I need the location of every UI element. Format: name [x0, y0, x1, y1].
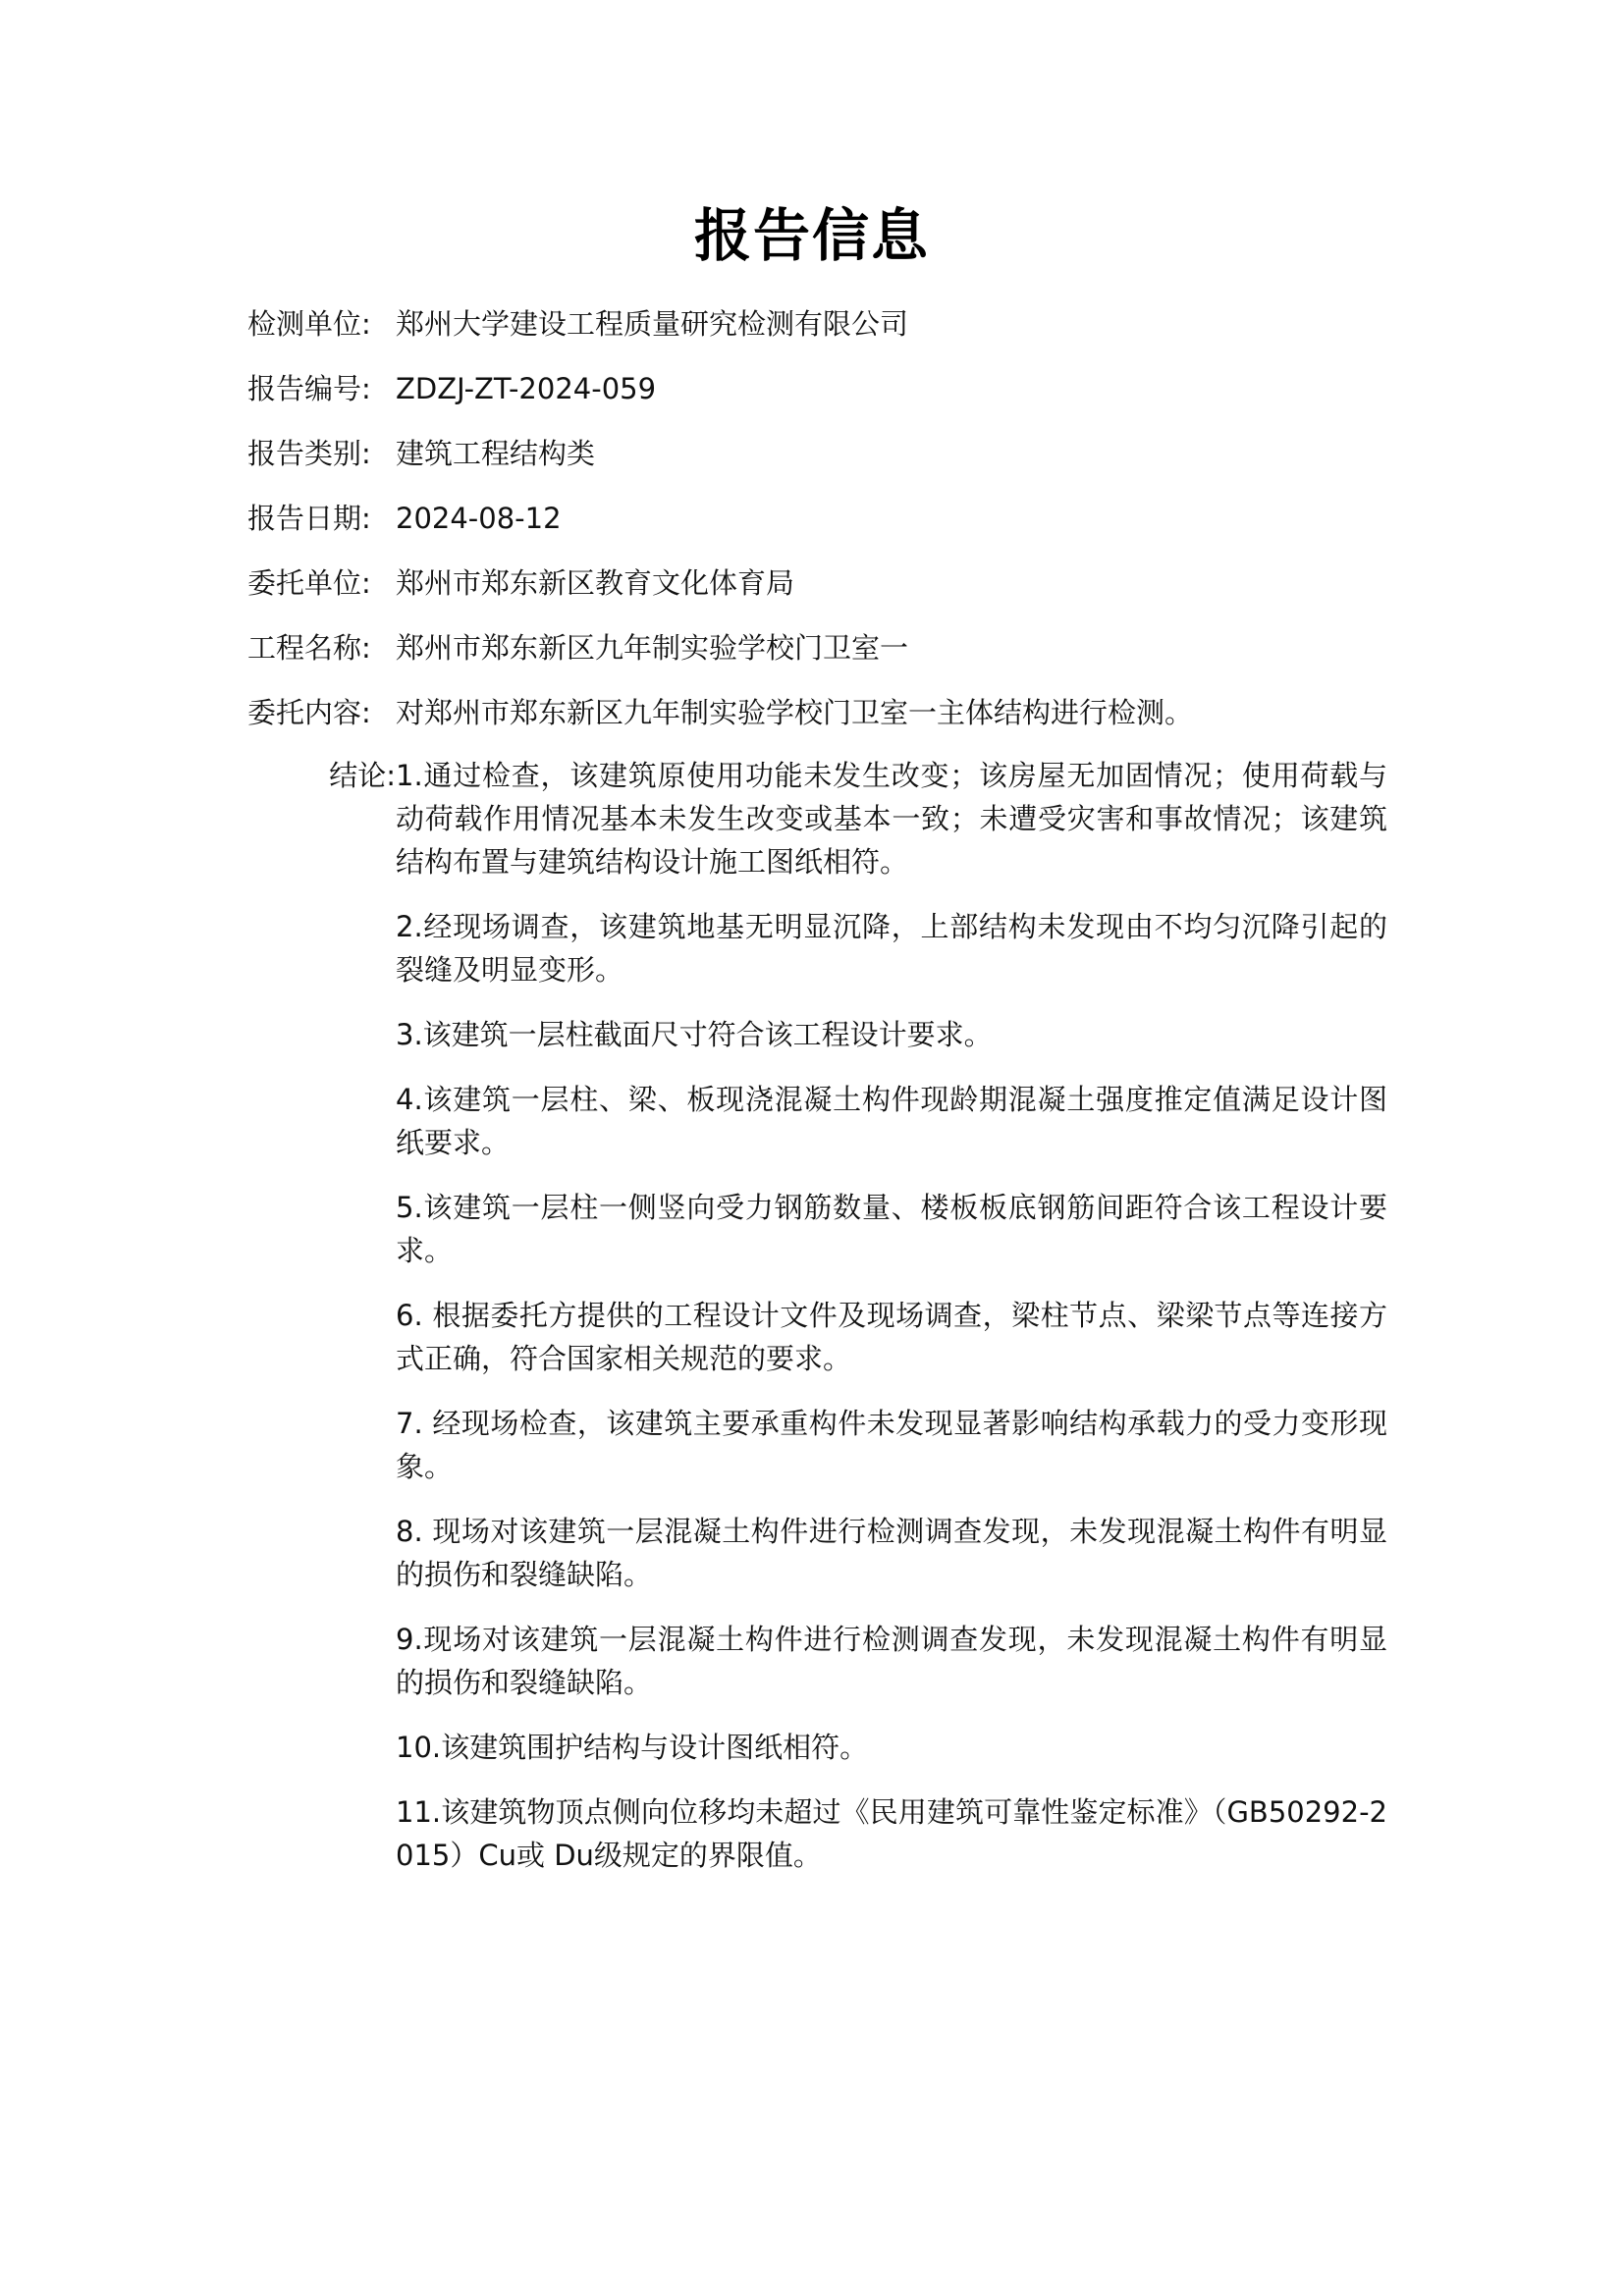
field-value: 郑州大学建设工程质量研究检测有限公司: [396, 302, 1386, 346]
field-label: 报告编号:: [247, 367, 396, 410]
field-label: 报告类别:: [247, 432, 396, 475]
field-report-date: 报告日期: 2024-08-12: [247, 497, 1386, 561]
conclusion-item: 9.现场对该建筑一层混凝土构件进行检测调查发现，未发现混凝土构件有明显的损伤和裂…: [396, 1618, 1387, 1704]
field-value: 建筑工程结构类: [396, 432, 1386, 475]
field-value: 郑州市郑东新区九年制实验学校门卫室一: [396, 626, 1386, 669]
conclusion-list: 1.通过检查，该建筑原使用功能未发生改变；该房屋无加固情况；使用荷载与动荷载作用…: [396, 754, 1387, 1898]
field-commission-content: 委托内容: 对郑州市郑东新区九年制实验学校门卫室一主体结构进行检测。: [247, 691, 1386, 756]
field-value: ZDZJ-ZT-2024-059: [396, 367, 1386, 410]
field-label: 委托单位:: [247, 561, 396, 605]
field-label: 检测单位:: [247, 302, 396, 346]
conclusion-item: 7. 经现场检查，该建筑主要承重构件未发现显著影响结构承载力的受力变形现象。: [396, 1402, 1387, 1488]
report-info-fields: 检测单位: 郑州大学建设工程质量研究检测有限公司 报告编号: ZDZJ-ZT-2…: [247, 302, 1386, 756]
conclusion-item: 2.经现场调查，该建筑地基无明显沉降，上部结构未发现由不均匀沉降引起的裂缝及明显…: [396, 905, 1387, 991]
conclusion-item: 11.该建筑物顶点侧向位移均未超过《民用建筑可靠性鉴定标准》（GB50292-2…: [396, 1790, 1387, 1877]
field-label: 工程名称:: [247, 626, 396, 669]
field-value: 对郑州市郑东新区九年制实验学校门卫室一主体结构进行检测。: [396, 691, 1386, 734]
field-value: 郑州市郑东新区教育文化体育局: [396, 561, 1386, 605]
conclusion-item: 8. 现场对该建筑一层混凝土构件进行检测调查发现，未发现混凝土构件有明显的损伤和…: [396, 1510, 1387, 1596]
conclusion-item: 3.该建筑一层柱截面尺寸符合该工程设计要求。: [396, 1013, 1387, 1056]
conclusion-item: 6. 根据委托方提供的工程设计文件及现场调查，梁柱节点、梁梁节点等连接方式正确，…: [396, 1294, 1387, 1380]
page-title: 报告信息: [0, 201, 1624, 270]
field-report-number: 报告编号: ZDZJ-ZT-2024-059: [247, 367, 1386, 432]
conclusion-item: 10.该建筑围护结构与设计图纸相符。: [396, 1726, 1387, 1769]
field-client-unit: 委托单位: 郑州市郑东新区教育文化体育局: [247, 561, 1386, 626]
conclusion-item: 4.该建筑一层柱、梁、板现浇混凝土构件现龄期混凝土强度推定值满足设计图纸要求。: [396, 1078, 1387, 1164]
field-inspection-unit: 检测单位: 郑州大学建设工程质量研究检测有限公司: [247, 302, 1386, 367]
conclusion-item: 1.通过检查，该建筑原使用功能未发生改变；该房屋无加固情况；使用荷载与动荷载作用…: [396, 754, 1387, 883]
field-report-category: 报告类别: 建筑工程结构类: [247, 432, 1386, 497]
field-label: 委托内容:: [247, 691, 396, 734]
conclusion-item: 5.该建筑一层柱一侧竖向受力钢筋数量、楼板板底钢筋间距符合该工程设计要求。: [396, 1186, 1387, 1272]
conclusion-section: 结论: 1.通过检查，该建筑原使用功能未发生改变；该房屋无加固情况；使用荷载与动…: [247, 754, 1386, 1898]
field-project-name: 工程名称: 郑州市郑东新区九年制实验学校门卫室一: [247, 626, 1386, 691]
conclusion-label: 结论:: [247, 754, 396, 1898]
field-value: 2024-08-12: [396, 497, 1386, 540]
field-label: 报告日期:: [247, 497, 396, 540]
